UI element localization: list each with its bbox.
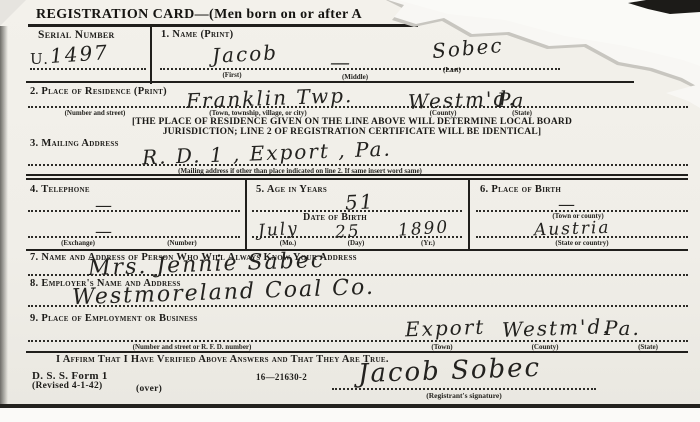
telephone-exchange-sublabel: (Exchange) <box>61 239 95 247</box>
residence-line <box>28 106 688 108</box>
registration-card-scan: REGISTRATION CARD—(Men born on or after … <box>0 0 700 422</box>
affirmation-rule <box>26 351 688 353</box>
double-rule-top <box>26 174 688 176</box>
name-first-sublabel: (First) <box>222 71 241 79</box>
serial-value: 1497 <box>49 40 109 68</box>
residence-notice-line1: [THE PLACE OF RESIDENCE GIVEN ON THE LIN… <box>132 117 572 127</box>
double-rule-bottom <box>26 178 688 180</box>
mailing-label: 3. Mailing Address <box>30 138 119 149</box>
registrant-signature: Jacob Sobec <box>358 353 542 389</box>
residence-street-sublabel: (Number and street) <box>65 109 126 117</box>
over-note: (over) <box>136 384 162 394</box>
name-last-sublabel: (Last) <box>443 66 461 74</box>
employer-line <box>28 305 688 307</box>
residence-town-sublabel: (Town, township, village, or city) <box>209 109 306 117</box>
serial-number-label: Serial Number <box>38 29 115 41</box>
affirmation-text: I Affirm That I Have Verified Above Answ… <box>56 354 389 365</box>
signature-line <box>332 388 596 390</box>
age-label: 5. Age in Years <box>256 184 327 195</box>
telephone-line1 <box>28 210 240 212</box>
print-code: 16—21630-2 <box>256 372 307 382</box>
mailing-line <box>28 164 688 166</box>
serial-line <box>30 68 146 70</box>
header-rule <box>28 24 418 27</box>
dob-day-sublabel: (Day) <box>348 239 365 247</box>
employment-town-value: Export <box>405 315 486 342</box>
dob-year-sublabel: (Yr.) <box>421 239 435 247</box>
telephone-exchange-value: — <box>95 196 114 216</box>
name-first-value: Jacob <box>211 40 278 67</box>
birthplace-label: 6. Place of Birth <box>480 184 561 195</box>
signature-sublabel: (Registrant's signature) <box>426 391 501 400</box>
form-revision: (Revised 4-1-42) <box>32 381 103 391</box>
divider-serial-name <box>150 26 152 84</box>
name-middle-dash: — <box>330 50 352 74</box>
name-label: 1. Name (Print) <box>161 29 233 40</box>
telephone-number-value: — <box>95 222 114 242</box>
employment-state-value: Pa. <box>604 316 641 340</box>
residence-state-sublabel: (State) <box>512 109 532 117</box>
row456-bottom-rule <box>26 249 688 251</box>
card-title: REGISTRATION CARD—(Men born on or after … <box>36 7 362 23</box>
employment-label: 9. Place of Employment or Business <box>30 313 198 324</box>
birthplace-country-sublabel: (State or country) <box>555 239 608 247</box>
serial-prefix: U. <box>30 50 50 68</box>
divider-tel-age <box>245 180 247 250</box>
dob-line <box>252 236 462 238</box>
employment-town-sublabel: (Town) <box>431 343 452 351</box>
scan-edge-shadow <box>0 26 8 406</box>
residence-notice-line2: JURISDICTION; LINE 2 OF REGISTRATION CER… <box>163 127 542 137</box>
residence-label: 2. Place of Residence (Print) <box>30 86 167 97</box>
employment-street-sublabel: (Number and street or R. F. D. number) <box>133 343 252 351</box>
employment-county-value: Westm'd. <box>502 314 611 342</box>
row1-bottom-rule <box>26 81 634 83</box>
scan-bottom-edge <box>0 404 700 408</box>
divider-age-birth <box>468 180 470 250</box>
dob-month-sublabel: (Mo.) <box>280 239 297 247</box>
telephone-line2 <box>28 236 240 238</box>
employment-line <box>28 340 688 342</box>
employment-county-sublabel: (County) <box>532 343 559 351</box>
name-line <box>160 68 560 70</box>
name-middle-sublabel: (Middle) <box>342 73 368 81</box>
telephone-number-sublabel: (Number) <box>167 239 197 247</box>
birthplace-country-line <box>476 236 688 238</box>
residence-county-sublabel: (County) <box>430 109 457 117</box>
employment-state-sublabel: (State) <box>638 343 658 351</box>
telephone-label: 4. Telephone <box>30 184 90 195</box>
